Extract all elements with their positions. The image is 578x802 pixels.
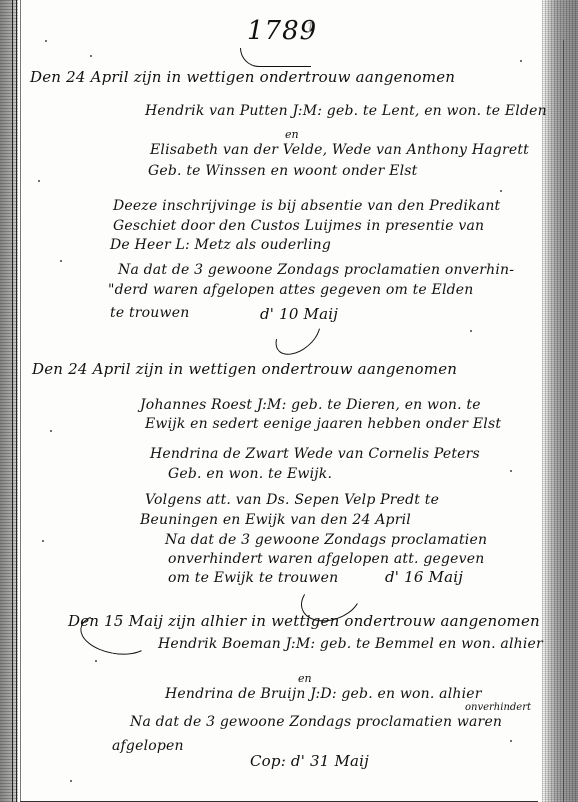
scan-speck — [38, 180, 40, 182]
binding-rule — [16, 0, 17, 802]
conjunction-en: en — [298, 672, 312, 685]
scan-speck — [520, 60, 522, 62]
attestation-line: Volgens att. van Ds. Sepen Velp Predt te — [145, 492, 439, 508]
groom-line: Hendrik van Putten J:M: geb. te Lent, en… — [145, 103, 547, 119]
groom-residence-line: Ewijk en sedert eenige jaaren hebben ond… — [145, 416, 501, 432]
scan-speck — [510, 470, 512, 472]
proclamation-line: afgelopen — [112, 738, 184, 754]
scan-speck — [470, 330, 472, 332]
scan-speck — [50, 430, 52, 432]
entry-heading: Den 24 April zijn in wettigen ondertrouw… — [32, 360, 457, 378]
faint-mark: 1 — [306, 20, 315, 36]
bride-origin-line: Geb. te Winssen en woont onder Elst — [148, 163, 417, 179]
year-flourish — [240, 48, 311, 67]
groom-line: Johannes Roest J:M: geb. te Dieren, en w… — [140, 397, 481, 413]
bride-origin-line: Geb. en won. te Ewijk. — [168, 466, 332, 482]
proclamation-line: Na dat de 3 gewoone Zondags proclamatien… — [130, 714, 502, 730]
page-edge-right — [542, 0, 578, 802]
page-edge-rule — [563, 40, 564, 802]
note-line: Deeze inschrijvinge is bij absentie van … — [113, 198, 500, 214]
scan-speck — [510, 740, 512, 742]
entry-date: Cop: d' 31 Maij — [250, 752, 369, 770]
note-line: Geschiet door den Custos Luijmes in pres… — [113, 218, 484, 234]
conjunction-en: en — [285, 128, 299, 141]
proclamation-line: te trouwen — [110, 305, 189, 321]
proclamation-line: Na dat de 3 gewoone Zondags proclamatien — [165, 532, 487, 548]
binding-rule — [20, 0, 21, 802]
bride-line: Hendrina de Bruijn J:D: geb. en won. alh… — [165, 686, 482, 702]
scan-speck — [70, 780, 72, 782]
bride-line: Elisabeth van der Velde, Wede van Anthon… — [150, 142, 529, 158]
scan-speck — [45, 40, 47, 42]
scan-speck — [42, 540, 44, 542]
bride-line: Hendrina de Zwart Wede van Cornelis Pete… — [150, 446, 480, 462]
groom-line: Hendrik Boeman J:M: geb. te Bemmel en wo… — [158, 636, 543, 652]
scan-speck — [95, 660, 97, 662]
proclamation-line: Na dat de 3 gewoone Zondags proclamatien… — [118, 262, 514, 278]
proclamation-line: "derd waren afgelopen attes gegeven om t… — [108, 282, 474, 298]
note-line: De Heer L: Metz als ouderling — [110, 237, 331, 253]
scan-speck — [60, 260, 62, 262]
entry-date: d' 16 Maij — [385, 568, 463, 586]
entry-heading: Den 24 April zijn in wettigen ondertrouw… — [30, 68, 455, 86]
proclamation-line: onverhindert waren afgelopen att. gegeve… — [168, 551, 484, 567]
attestation-line: Beuningen en Ewijk van den 24 April — [140, 512, 411, 528]
scan-speck — [500, 190, 502, 192]
register-page: 1789 1 Den 24 April zijn in wettigen ond… — [0, 0, 578, 802]
scan-speck — [90, 55, 92, 57]
binding-rule — [12, 0, 13, 802]
interlinear-note: onverhindert — [465, 702, 531, 713]
